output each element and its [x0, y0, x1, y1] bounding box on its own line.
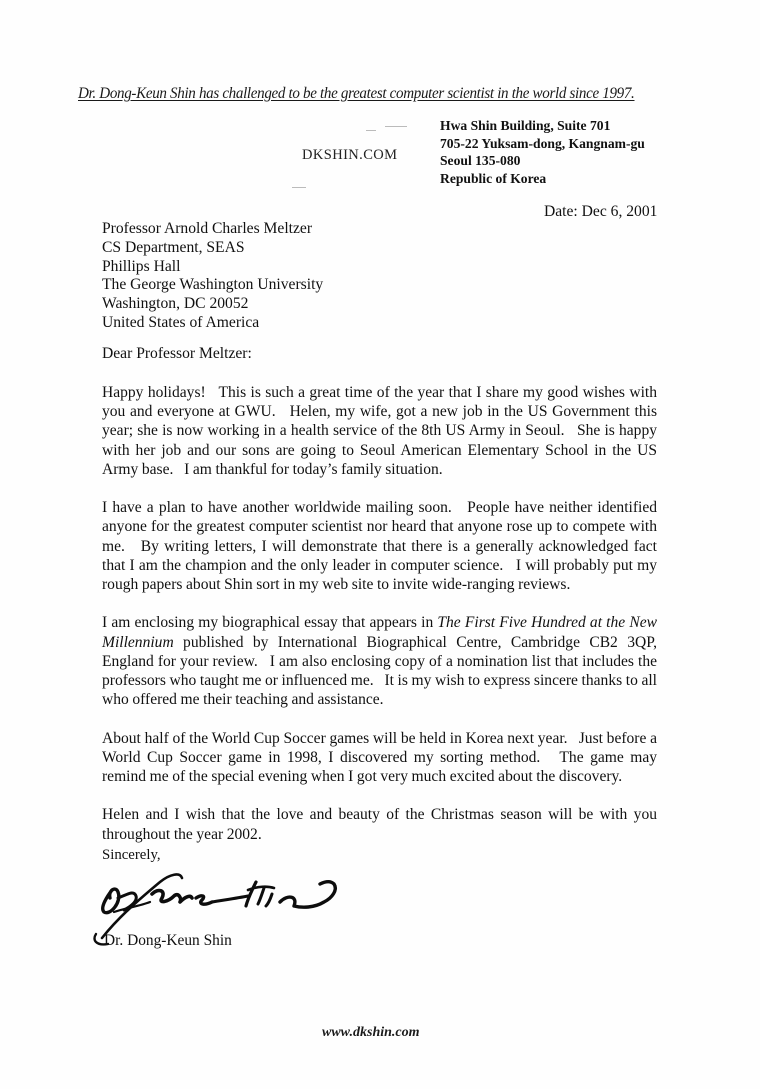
salutation: Dear Professor Meltzer: — [102, 345, 252, 363]
scan-speck — [366, 130, 376, 131]
recipient-line: The George Washington University — [102, 276, 323, 295]
recipient-line: Phillips Hall — [102, 258, 323, 277]
letter-page: Dr. Dong-Keun Shin has challenged to be … — [0, 0, 760, 1089]
scan-speck — [292, 187, 306, 188]
letter-date: Date: Dec 6, 2001 — [544, 203, 657, 221]
sender-address-line: Hwa Shin Building, Suite 701 — [440, 117, 645, 135]
footer-website[interactable]: www.dkshin.com — [322, 1025, 420, 1041]
paragraph-world-cup: About half of the World Cup Soccer games… — [102, 729, 657, 787]
paragraph-wishes: Helen and I wish that the love and beaut… — [102, 805, 657, 843]
letterhead-brand: DKSHIN.COM — [302, 147, 397, 164]
sender-address: Hwa Shin Building, Suite 701 705-22 Yuks… — [440, 117, 645, 187]
letterhead-motto: Dr. Dong-Keun Shin has challenged to be … — [78, 84, 649, 103]
paragraph-enclosures: I am enclosing my biographical essay tha… — [102, 613, 657, 709]
recipient-line: Washington, DC 20052 — [102, 295, 323, 314]
recipient-line: United States of America — [102, 314, 323, 333]
signer-name: Dr. Dong-Keun Shin — [104, 932, 232, 950]
paragraph-mailing-plan: I have a plan to have another worldwide … — [102, 498, 657, 594]
scan-speck — [385, 126, 407, 127]
recipient-line: Professor Arnold Charles Meltzer — [102, 220, 323, 239]
paragraph-text: published by International Biographical … — [102, 634, 657, 709]
sender-address-line: Republic of Korea — [440, 170, 645, 188]
paragraph-holidays: Happy holidays! This is such a great tim… — [102, 383, 657, 479]
recipient-address: Professor Arnold Charles Meltzer CS Depa… — [102, 220, 323, 333]
recipient-line: CS Department, SEAS — [102, 239, 323, 258]
closing: Sincerely, — [102, 847, 161, 864]
paragraph-text: I am enclosing my biographical essay tha… — [102, 614, 437, 631]
letter-body: Happy holidays! This is such a great tim… — [102, 383, 657, 844]
sender-address-line: 705-22 Yuksam-dong, Kangnam-gu — [440, 135, 645, 153]
sender-address-line: Seoul 135-080 — [440, 152, 645, 170]
